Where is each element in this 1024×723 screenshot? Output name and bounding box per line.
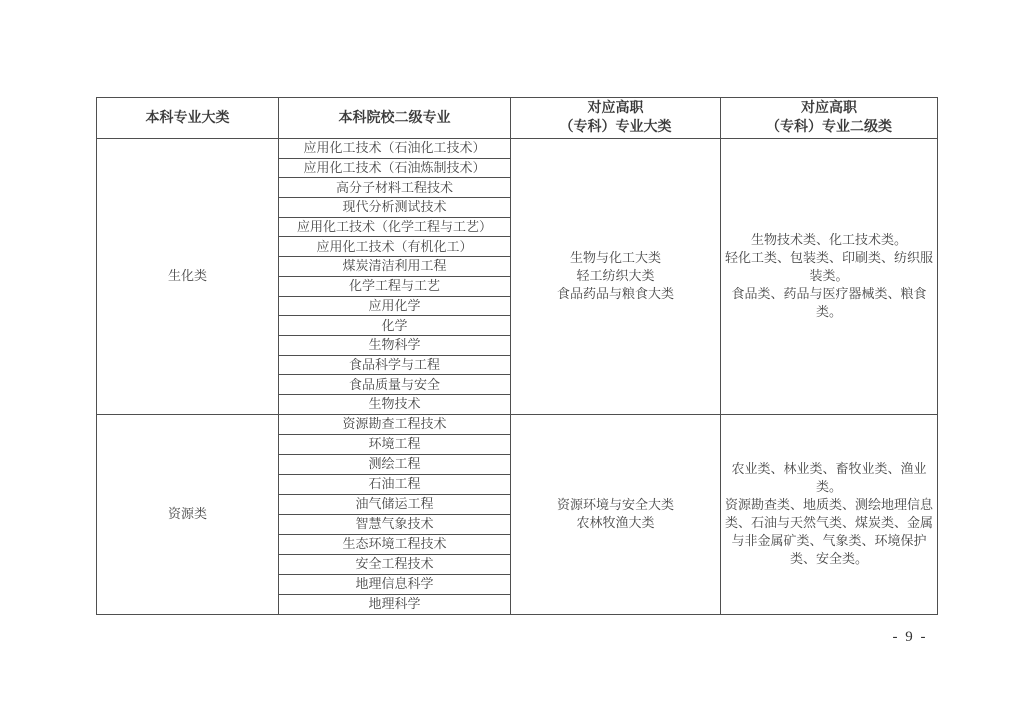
major-cell: 应用化工技术（有机化工）: [279, 237, 511, 257]
major-cell: 智慧气象技术: [279, 514, 511, 534]
table-row: 资源类 资源勘查工程技术 资源环境与安全大类 农林牧渔大类 农业类、林业类、畜牧…: [97, 414, 938, 434]
header-undergrad-category: 本科专业大类: [97, 98, 279, 139]
major-cell: 食品科学与工程: [279, 355, 511, 375]
page-number: - 9 -: [878, 629, 942, 646]
major-cell: 应用化工技术（化学工程与工艺）: [279, 217, 511, 237]
major-cell: 应用化学: [279, 296, 511, 316]
major-cell: 生态环境工程技术: [279, 534, 511, 554]
vocational-categories-cell: 资源环境与安全大类 农林牧渔大类: [511, 414, 721, 614]
major-cell: 油气储运工程: [279, 494, 511, 514]
major-cell: 生物科学: [279, 335, 511, 355]
vocational-subcategories-cell: 农业类、林业类、畜牧业类、渔业类。 资源勘查类、地质类、测绘地理信息类、石油与天…: [721, 414, 938, 614]
major-cell: 石油工程: [279, 474, 511, 494]
major-cell: 应用化工技术（石油化工技术）: [279, 139, 511, 159]
vocational-subcategories-cell: 生物技术类、化工技术类。 轻化工类、包装类、印刷类、纺织服装类。 食品类、药品与…: [721, 139, 938, 415]
major-cell: 地理信息科学: [279, 574, 511, 594]
header-vocational-category: 对应高职 （专科）专业大类: [511, 98, 721, 139]
major-cell: 地理科学: [279, 594, 511, 614]
major-cell: 安全工程技术: [279, 554, 511, 574]
major-cell: 生物技术: [279, 394, 511, 414]
major-cell: 食品质量与安全: [279, 375, 511, 395]
major-cell: 化学工程与工艺: [279, 276, 511, 296]
major-cell: 环境工程: [279, 434, 511, 454]
header-vocational-secondary-category: 对应高职 （专科）专业二级类: [721, 98, 938, 139]
major-cell: 高分子材料工程技术: [279, 178, 511, 198]
major-cell: 化学: [279, 316, 511, 336]
category-cell: 资源类: [97, 414, 279, 614]
major-cell: 煤炭清洁利用工程: [279, 257, 511, 277]
major-cell: 测绘工程: [279, 454, 511, 474]
major-cell: 资源勘查工程技术: [279, 414, 511, 434]
major-mapping-table: 本科专业大类 本科院校二级专业 对应高职 （专科）专业大类 对应高职 （专科）专…: [96, 97, 937, 615]
category-cell: 生化类: [97, 139, 279, 415]
table-header-row: 本科专业大类 本科院校二级专业 对应高职 （专科）专业大类 对应高职 （专科）专…: [97, 98, 938, 139]
vocational-categories-cell: 生物与化工大类 轻工纺织大类 食品药品与粮食大类: [511, 139, 721, 415]
major-cell: 现代分析测试技术: [279, 198, 511, 218]
header-undergrad-secondary-major: 本科院校二级专业: [279, 98, 511, 139]
table-row: 生化类 应用化工技术（石油化工技术） 生物与化工大类 轻工纺织大类 食品药品与粮…: [97, 139, 938, 159]
major-cell: 应用化工技术（石油炼制技术）: [279, 158, 511, 178]
